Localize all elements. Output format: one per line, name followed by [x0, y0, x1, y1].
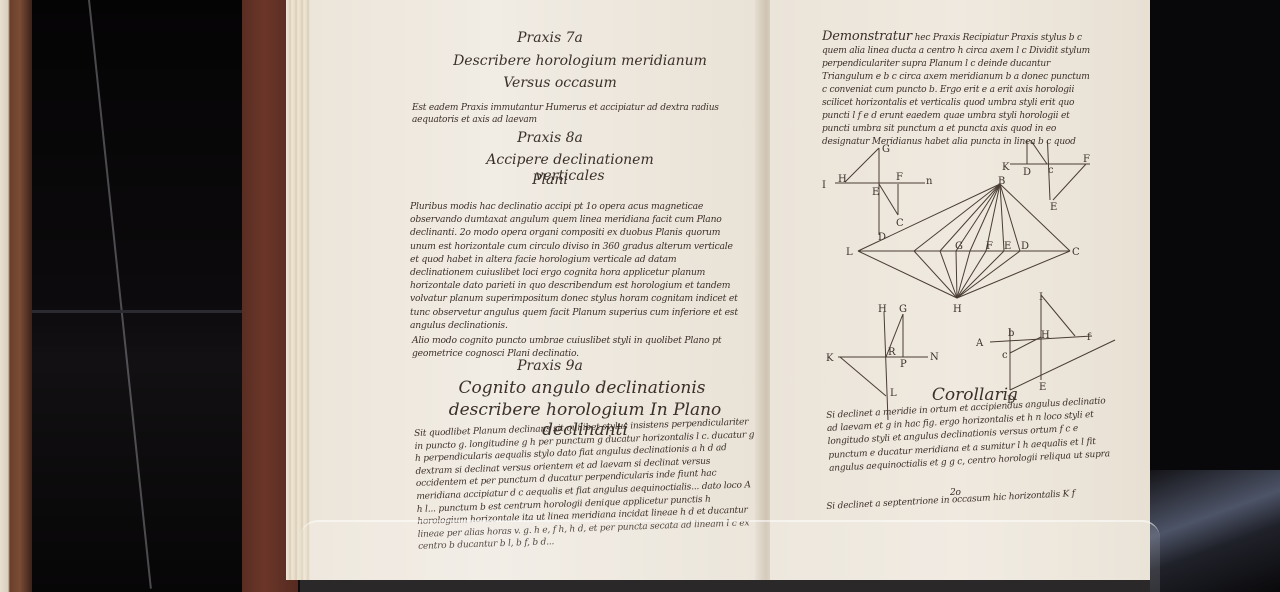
praxis7-heading: Praxis 7a	[470, 30, 630, 46]
svg-text:C: C	[896, 218, 904, 229]
book-edge-left	[0, 0, 32, 592]
praxis7-title-line1: Describere horologium meridianum	[440, 53, 720, 69]
svg-text:B: B	[998, 176, 1005, 187]
svg-text:N: N	[930, 352, 939, 363]
svg-text:H: H	[838, 174, 847, 185]
svg-text:F: F	[896, 172, 903, 183]
svg-text:F: F	[986, 241, 993, 252]
svg-text:n: n	[926, 176, 933, 187]
diagram-fig3: B L G F E D C H	[846, 176, 1080, 315]
corollaria-body: Si declinet a meridie in ortum et accipi…	[826, 395, 1120, 490]
demonstratio-text: Demonstratur hec Praxis Recipiatur Praxi…	[822, 30, 1092, 150]
svg-text:f: f	[1087, 332, 1092, 343]
svg-text:C: C	[1072, 247, 1080, 258]
svg-text:I: I	[822, 180, 826, 191]
praxis8-body2: Alio modo cognito puncto umbrae cuiuslib…	[412, 334, 742, 360]
acrylic-page-holder	[300, 520, 1160, 592]
praxis9-title-line1: Cognito angulo declinationis	[452, 378, 712, 398]
svg-text:G: G	[882, 144, 890, 155]
praxis9-heading: Praxis 9a	[490, 358, 610, 374]
geometric-diagrams: G H I F n E C D K D c F E	[810, 140, 1190, 420]
svg-text:G: G	[899, 304, 907, 315]
svg-text:L: L	[890, 388, 897, 399]
svg-text:D: D	[1021, 241, 1029, 252]
svg-text:b: b	[1008, 328, 1014, 339]
svg-text:R: R	[888, 347, 896, 358]
svg-text:G: G	[955, 241, 963, 252]
svg-text:c: c	[1048, 165, 1054, 176]
svg-text:c: c	[1002, 350, 1008, 361]
svg-text:K: K	[826, 353, 834, 364]
case-shelf-edge	[32, 310, 242, 313]
praxis7-body: Est eadem Praxis immutantur Humerus et a…	[412, 102, 732, 126]
svg-text:E: E	[872, 187, 879, 198]
svg-text:P: P	[900, 359, 907, 370]
svg-text:E: E	[1039, 382, 1046, 393]
demonstratio-body: hec Praxis Recipiatur Praxis stylus b c …	[822, 33, 1090, 150]
diagram-fig1: G H I F n E C D	[822, 144, 933, 243]
praxis8-title-line2: Plani	[510, 172, 590, 188]
diagram-fig2: K D c F E	[1002, 140, 1090, 213]
praxis7-title-line2: Versus occasum	[480, 75, 640, 91]
svg-text:E: E	[1004, 241, 1011, 252]
svg-text:H: H	[1041, 330, 1050, 341]
svg-text:K: K	[1002, 162, 1010, 173]
svg-text:A: A	[975, 338, 984, 349]
praxis8-heading: Praxis 8a	[480, 130, 620, 146]
case-light-reflection	[1150, 470, 1280, 592]
svg-text:E: E	[1050, 202, 1057, 213]
svg-text:D: D	[1023, 167, 1031, 178]
svg-text:H: H	[878, 304, 887, 315]
praxis8-body: Pluribus modis hac declinatio accipi pt …	[410, 200, 740, 332]
demonstratio-heading: Demonstratur	[822, 30, 912, 44]
svg-text:F: F	[1083, 154, 1090, 165]
svg-text:I: I	[1039, 292, 1043, 303]
svg-text:L: L	[846, 247, 853, 258]
display-case-background	[32, 0, 242, 592]
svg-text:H: H	[953, 304, 962, 315]
